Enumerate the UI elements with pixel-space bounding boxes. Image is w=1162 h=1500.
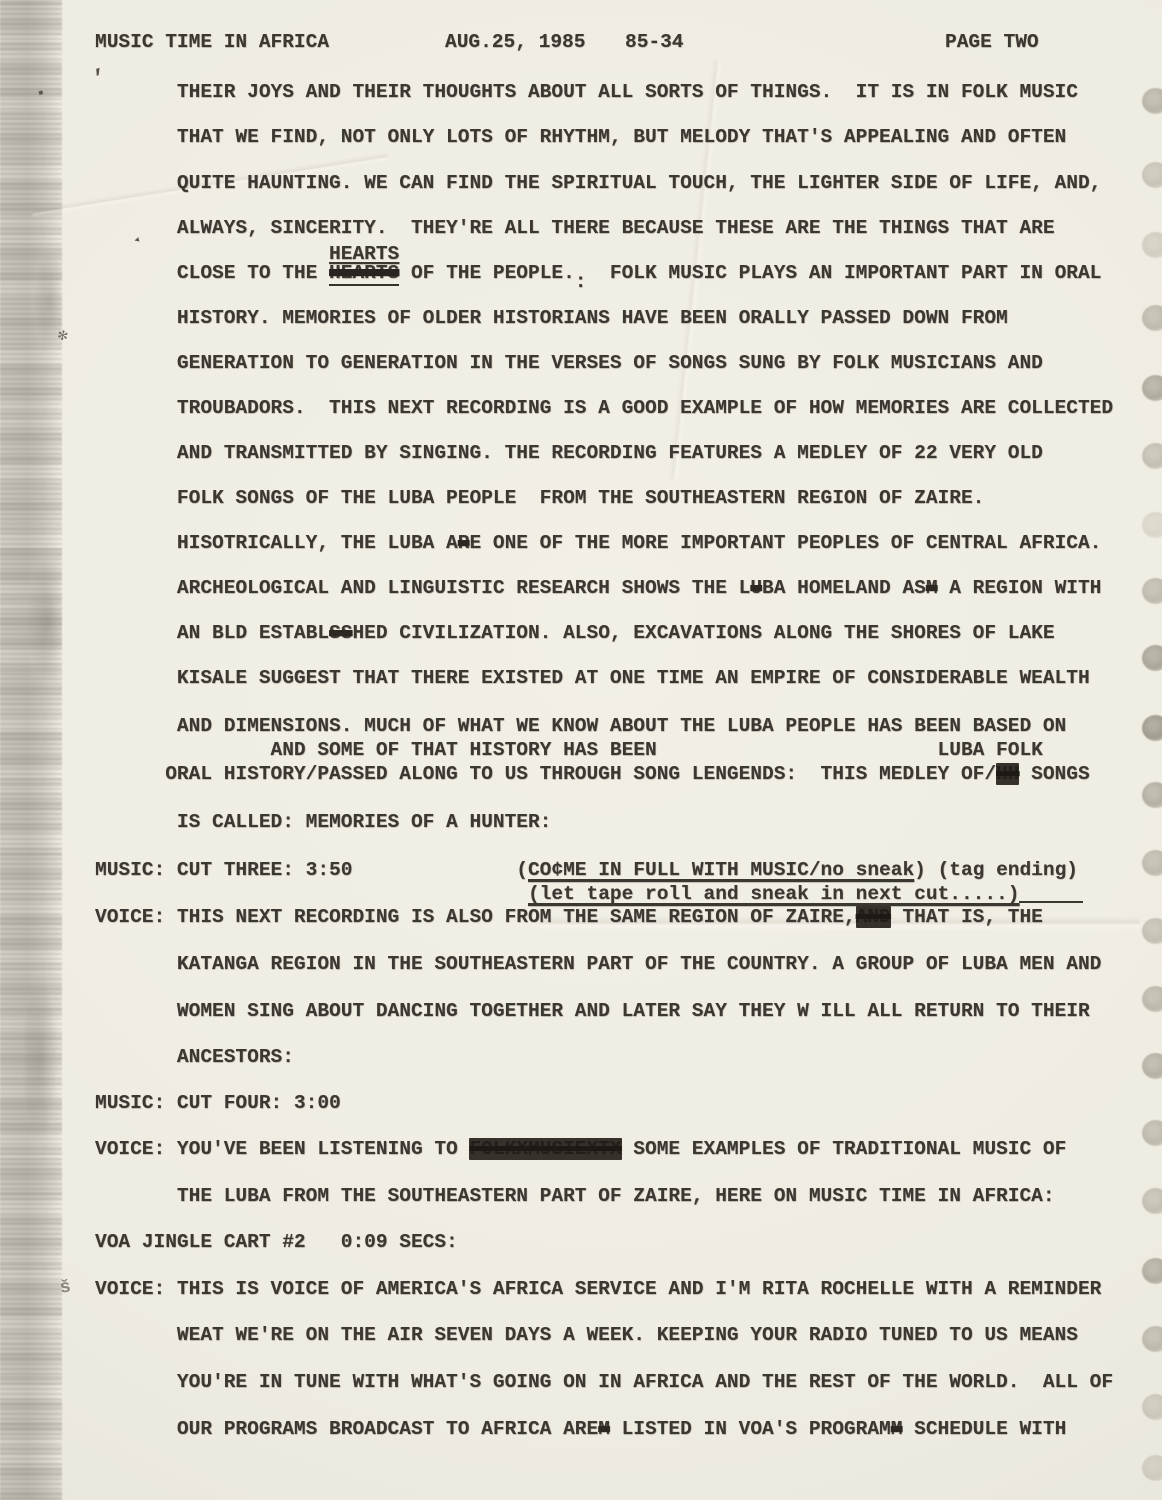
binder-hole xyxy=(1142,512,1162,538)
voice-line-katanga: KATANGA REGION IN THE SOUTHEASTERN PART … xyxy=(95,952,1101,976)
music-cue-three: MUSIC: CUT THREE: 3:50 (CO¢ME IN FULL WI… xyxy=(95,858,1078,882)
binder-hole xyxy=(1142,1394,1162,1420)
binder-hole xyxy=(1142,578,1162,604)
para1-line-3: QUITE HAUNTING. WE CAN FIND THE SPIRITUA… xyxy=(95,171,1101,195)
voice-cue-rita-rochelle: VOICE: THIS IS VOICE OF AMERICA'S AFRICA… xyxy=(95,1277,1101,1301)
binder-hole xyxy=(1142,162,1162,188)
para1-line-4: ALWAYS, SINCERITY. THEY'RE ALL THERE BEC… xyxy=(95,216,1055,240)
binder-hole xyxy=(1142,1326,1162,1352)
para1-line-2: THAT WE FIND, NOT ONLY LOTS OF RHYTHM, B… xyxy=(95,125,1066,149)
scanned-radio-script-page: MUSIC TIME IN AFRICA AUG.25, 1985 85-34 … xyxy=(0,0,1162,1500)
para1-line-7: GENERATION TO GENERATION IN THE VERSES O… xyxy=(95,351,1043,375)
binder-hole xyxy=(1142,375,1162,401)
voice-line-women: WOMEN SING ABOUT DANCING TOGETHER AND LA… xyxy=(95,999,1090,1023)
para1-line-13: AN BLD ESTABLSSHED CIVILIZATION. ALSO, E… xyxy=(95,621,1055,645)
para1-line-6: HISTORY. MEMORIES OF OLDER HISTORIANS HA… xyxy=(95,306,1008,330)
script-content: THEIR JOYS AND THEIR THOUGHTS ABOUT ALL … xyxy=(0,0,1162,1500)
binder-hole xyxy=(1142,1455,1162,1481)
para1-line-5-hearts-correction: CLOSE TO THE HEARTSHEARTS OF THE PEOPLE.… xyxy=(95,261,1101,285)
binder-hole-column xyxy=(1102,0,1162,1500)
binder-hole xyxy=(1142,986,1162,1012)
binder-hole xyxy=(1142,645,1162,671)
para1-line-14: KISALE SUGGEST THAT THERE EXISTED AT ONE… xyxy=(95,666,1090,690)
para1-line-12: ARCHEOLOGICAL AND LINGUISTIC RESEARCH SH… xyxy=(95,576,1101,600)
binder-hole xyxy=(1142,918,1162,944)
voice-cue-listening: VOICE: YOU'VE BEEN LISTENING TO FOLKXMUS… xyxy=(95,1137,1066,1161)
para1-line-9: AND TRANSMITTED BY SINGING. THE RECORDIN… xyxy=(95,441,1043,465)
typed-correction-above: HEARTS xyxy=(329,242,399,266)
voice-line-in-tune: YOU'RE IN TUNE WITH WHAT'S GOING ON IN A… xyxy=(95,1370,1113,1394)
inserted-correction-line: AND SOME OF THAT HISTORY HAS BEEN LUBA F… xyxy=(95,738,1043,762)
para1-line-1: THEIR JOYS AND THEIR THOUGHTS ABOUT ALL … xyxy=(95,80,1078,104)
voice-line-on-air: WEAT WE'RE ON THE AIR SEVEN DAYS A WEEK.… xyxy=(95,1323,1078,1347)
para1-line-11: HISOTRICALLY, THE LUBA ARE ONE OF THE MO… xyxy=(95,531,1101,555)
voice-line-luba: THE LUBA FROM THE SOUTHEASTERN PART OF Z… xyxy=(95,1184,1055,1208)
binder-hole xyxy=(1142,715,1162,741)
voice-line-schedule: OUR PROGRAMS BROADCAST TO AFRICA AREM LI… xyxy=(95,1417,1066,1441)
binder-hole xyxy=(1142,443,1162,469)
oral-history-line: ORAL HISTORY/PASSED ALONG TO US THROUGH … xyxy=(95,762,1090,786)
voice-line-ancestors: ANCESTORS: xyxy=(95,1045,294,1069)
binder-hole xyxy=(1142,850,1162,876)
binder-hole xyxy=(1142,1053,1162,1079)
para1-line-8: TROUBADORS. THIS NEXT RECORDING IS A GOO… xyxy=(95,396,1113,420)
voa-jingle-cart-line: VOA JINGLE CART #2 0:09 SECS: xyxy=(95,1230,458,1254)
para1-line-15: AND DIMENSIONS. MUCH OF WHAT WE KNOW ABO… xyxy=(95,714,1066,738)
sneak-direction-line: (let tape roll and sneak in next cut....… xyxy=(95,882,1083,906)
binder-hole xyxy=(1142,88,1162,114)
binder-hole xyxy=(1142,1258,1162,1284)
binder-hole xyxy=(1142,305,1162,331)
binder-hole xyxy=(1142,782,1162,808)
para1-line-10: FOLK SONGS OF THE LUBA PEOPLE FROM THE S… xyxy=(95,486,984,510)
voice-cue-zaire: VOICE: THIS NEXT RECORDING IS ALSO FROM … xyxy=(95,905,1043,929)
binder-hole xyxy=(1142,232,1162,258)
binder-hole xyxy=(1142,1188,1162,1214)
music-cue-four: MUSIC: CUT FOUR: 3:00 xyxy=(95,1091,341,1115)
binder-hole xyxy=(1142,1120,1162,1146)
para1-line-18: IS CALLED: MEMORIES OF A HUNTER: xyxy=(95,810,551,834)
